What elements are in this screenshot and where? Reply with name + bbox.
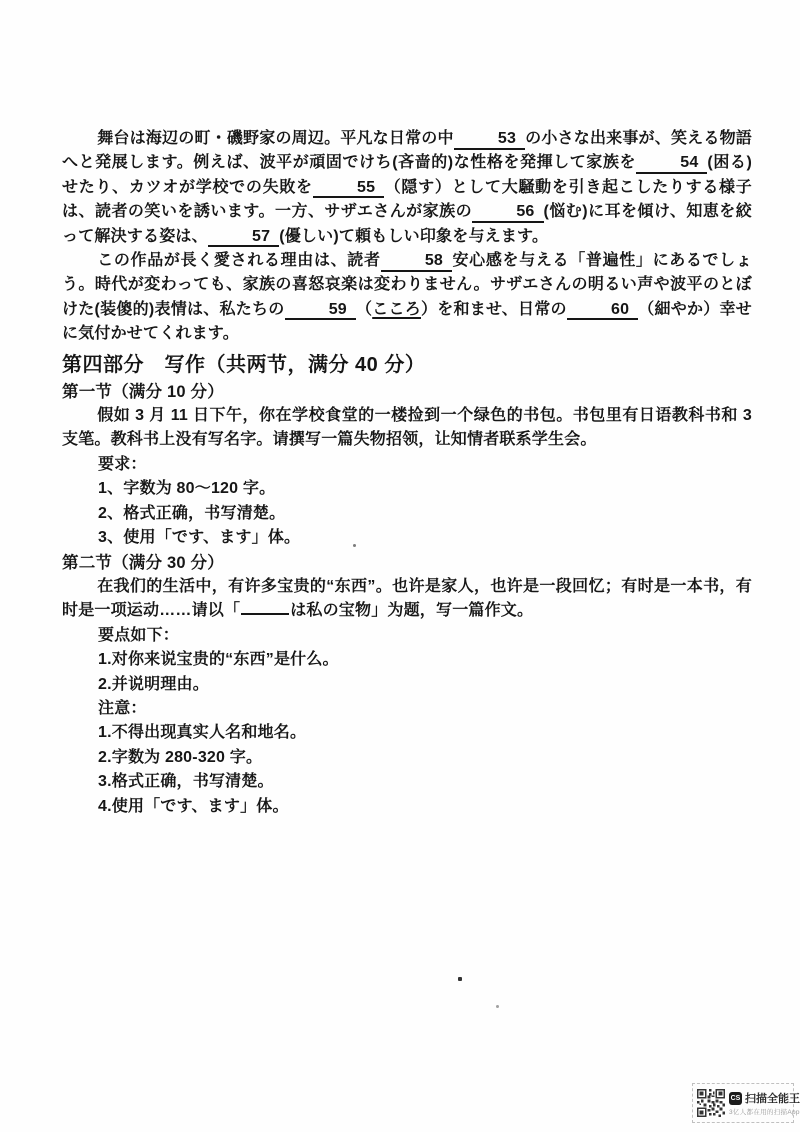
blank-number-53: 53 [454,130,525,150]
watermark-text-block: CS 扫描全能王 3亿人都在用的扫描App [729,1090,800,1116]
watermark-tagline: 3亿人都在用的扫描App [729,1107,800,1116]
fill-in-blank-line [241,600,289,615]
blank-number-55: 55 [313,179,384,199]
camscanner-logo-icon: CS [729,1092,742,1105]
camscanner-watermark: CS 扫描全能王 3亿人都在用的扫描App [692,1083,794,1123]
point-item-2: 2.并说明理由。 [62,673,752,697]
part-2-heading: 第二节（满分 30 分） [62,551,752,575]
blank-number-54: 54 [636,154,707,174]
blank-number-60: 60 [567,301,638,321]
part-2-prompt: 在我们的生活中，有许多宝贵的“东西”。也许是家人，也许是一段回忆；有时是一本书，… [62,575,752,624]
watermark-app-name: 扫描全能王 [745,1090,800,1106]
underlined-word: こころ [372,301,421,318]
qr-code-icon [697,1089,725,1117]
passage-paragraph-2: この作品が長く愛される理由は、読者58安心感を与える「普遍性」にあるでしょう。時… [62,249,752,347]
note-item-1: 1.不得出现真实人名和地名。 [62,721,752,745]
point-item-1: 1.对你来说宝贵的“东西”是什么。 [62,648,752,672]
requirements-label: 要求： [62,453,752,477]
part-1-prompt: 假如 3 月 11 日下午，你在学校食堂的一楼捡到一个绿色的书包。书包里有日语教… [62,404,752,453]
scan-speck [353,544,356,547]
scan-speck [432,287,435,290]
exam-content: 舞台は海辺の町・磯野家の周辺。平凡な日常の中53の小さな出来事が、笑える物語へと… [62,127,752,819]
notes-label: 注意： [62,697,752,721]
requirement-item-3: 3、使用「です、ます」体。 [62,526,752,550]
blank-number-59: 59 [285,301,356,321]
note-item-4: 4.使用「です、ます」体。 [62,795,752,819]
part-1-heading: 第一节（满分 10 分） [62,380,752,404]
points-label: 要点如下： [62,624,752,648]
blank-number-56: 56 [472,203,543,223]
section-4-heading: 第四部分 写作（共两节，满分 40 分） [62,350,752,380]
blank-number-57: 57 [208,228,279,248]
passage-paragraph-1: 舞台は海辺の町・磯野家の周辺。平凡な日常の中53の小さな出来事が、笑える物語へと… [62,127,752,249]
note-item-3: 3.格式正确，书写清楚。 [62,770,752,794]
requirement-item-1: 1、字数为 80～120 字。 [62,477,752,501]
blank-number-58: 58 [381,252,452,272]
scan-speck [496,1005,499,1008]
scan-speck [458,977,462,981]
scanned-exam-page: 舞台は海辺の町・磯野家の周辺。平凡な日常の中53の小さな出来事が、笑える物語へと… [0,0,800,1132]
requirement-item-2: 2、格式正确，书写清楚。 [62,502,752,526]
note-item-2: 2.字数为 280-320 字。 [62,746,752,770]
